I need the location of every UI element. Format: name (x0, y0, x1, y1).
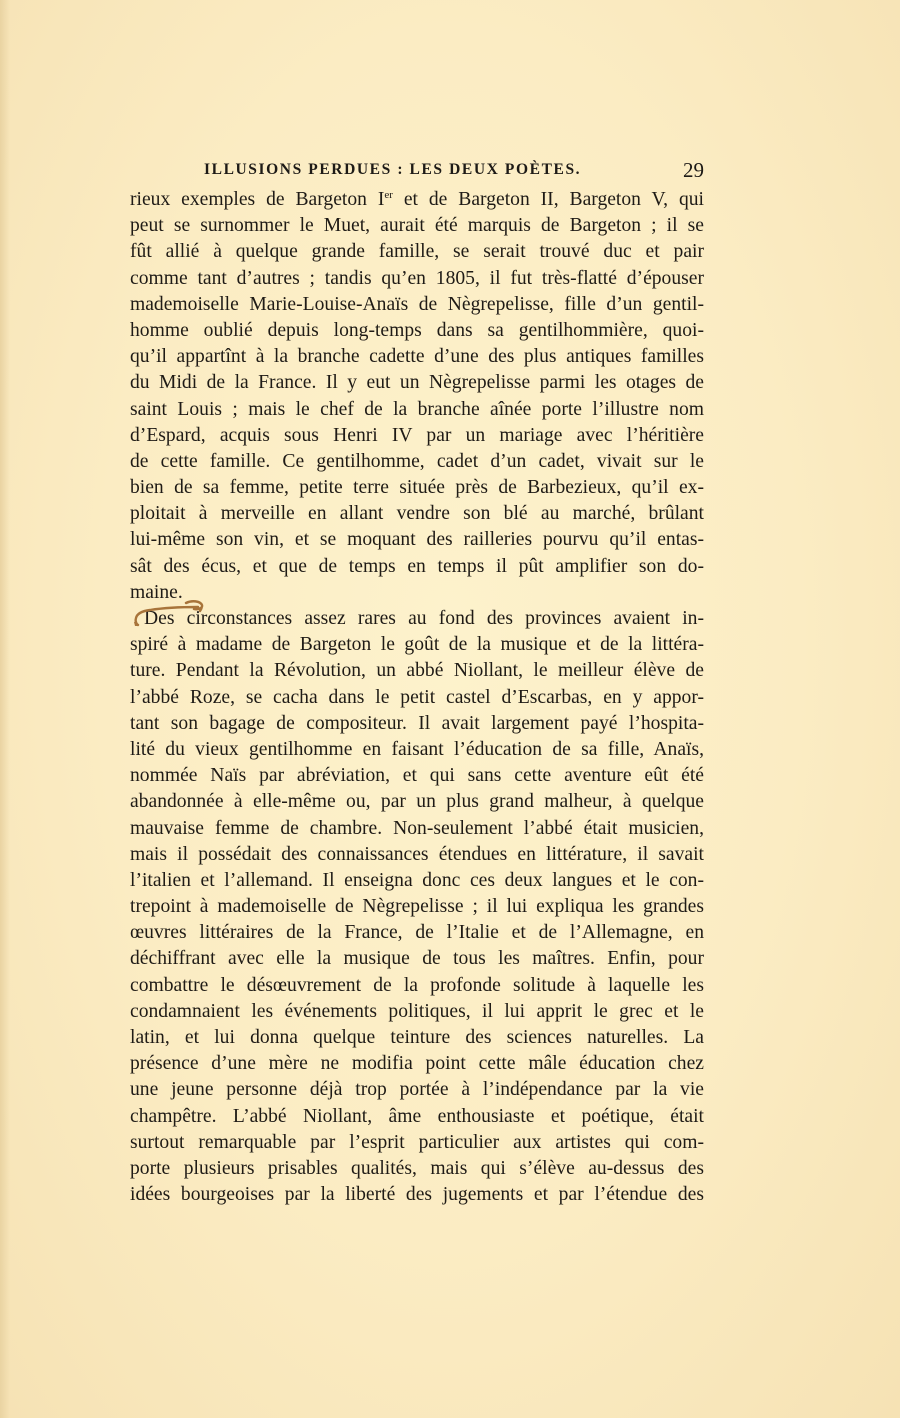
text-line: déchiffrant avec elle la musique de tous… (130, 946, 704, 972)
text-line: rieux exemples de Bargeton Ier et de Bar… (130, 187, 704, 213)
text-line: mauvaise femme de chambre. Non-seulement… (130, 816, 704, 842)
text-line: saint Louis ; mais le chef de la branche… (130, 397, 704, 423)
text-line: condamnaient les événements politiques, … (130, 999, 704, 1025)
text-line: tant son bagage de compositeur. Il avait… (130, 711, 704, 737)
body-text: rieux exemples de Bargeton Ier et de Bar… (130, 187, 704, 1208)
text-line: l’abbé Roze, se cacha dans le petit cast… (130, 685, 704, 711)
text-line: Des circonstances assez rares au fond de… (130, 606, 704, 632)
text-line: du Midi de la France. Il y eut un Nègrep… (130, 370, 704, 396)
text-line: qu’il appartînt à la branche cadette d’u… (130, 344, 704, 370)
text-line: ture. Pendant la Révolution, un abbé Nio… (130, 658, 704, 684)
text-line: mais il possédait des connaissances éten… (130, 842, 704, 868)
text-line: peut se surnommer le Muet, aurait été ma… (130, 213, 704, 239)
text-line: abandonnée à elle-même ou, par un plus g… (130, 789, 704, 815)
running-title: ILLUSIONS PERDUES : LES DEUX POÈTES. (204, 161, 581, 179)
text-line: comme tant d’autres ; tandis qu’en 1805,… (130, 266, 704, 292)
text-line: sât des écus, et que de temps en temps i… (130, 554, 704, 580)
text-line: idées bourgeoises par la liberté des jug… (130, 1182, 704, 1208)
text-line: de cette famille. Ce gentilhomme, cadet … (130, 449, 704, 475)
binding-shadow (0, 0, 10, 1418)
text-line: lui-même son vin, et se moquant des rail… (130, 527, 704, 553)
text-line: œuvres littéraires de la France, de l’It… (130, 920, 704, 946)
text-line: homme oublié depuis long-temps dans sa g… (130, 318, 704, 344)
running-head: ILLUSIONS PERDUES : LES DEUX POÈTES. 29 (130, 158, 704, 186)
text-line: surtout remarquable par l’esprit particu… (130, 1130, 704, 1156)
text-line: une jeune personne déjà trop portée à l’… (130, 1077, 704, 1103)
text-line: l’italien et l’allemand. Il enseigna don… (130, 868, 704, 894)
text-line: trepoint à mademoiselle de Nègrepelisse … (130, 894, 704, 920)
text-line: lité du vieux gentilhomme en faisant l’é… (130, 737, 704, 763)
text-line: d’Espard, acquis sous Henri IV par un ma… (130, 423, 704, 449)
text-line: spiré à madame de Bargeton le goût de la… (130, 632, 704, 658)
paragraph-1: rieux exemples de Bargeton Ier et de Bar… (130, 187, 704, 606)
text-line: nommée Naïs par abréviation, et qui sans… (130, 763, 704, 789)
text-line: ploitait à merveille en allant vendre so… (130, 501, 704, 527)
paragraph-2: Des circonstances assez rares au fond de… (130, 606, 704, 1208)
text-line: mademoiselle Marie-Louise-Anaïs de Nègre… (130, 292, 704, 318)
text-line: fût allié à quelque grande famille, se s… (130, 239, 704, 265)
book-page: ILLUSIONS PERDUES : LES DEUX POÈTES. 29 … (0, 0, 900, 1418)
superscript: er (384, 189, 393, 201)
text-line: latin, et lui donna quelque teinture des… (130, 1025, 704, 1051)
text-line: combattre le désœuvrement de la profonde… (130, 973, 704, 999)
page-number: 29 (683, 158, 704, 183)
text-line: présence d’une mère ne modifia point cet… (130, 1051, 704, 1077)
text-line: bien de sa femme, petite terre située pr… (130, 475, 704, 501)
text-line: maine. (130, 580, 704, 606)
text-line: champêtre. L’abbé Niollant, âme enthousi… (130, 1104, 704, 1130)
text-line: porte plusieurs prisables qualités, mais… (130, 1156, 704, 1182)
